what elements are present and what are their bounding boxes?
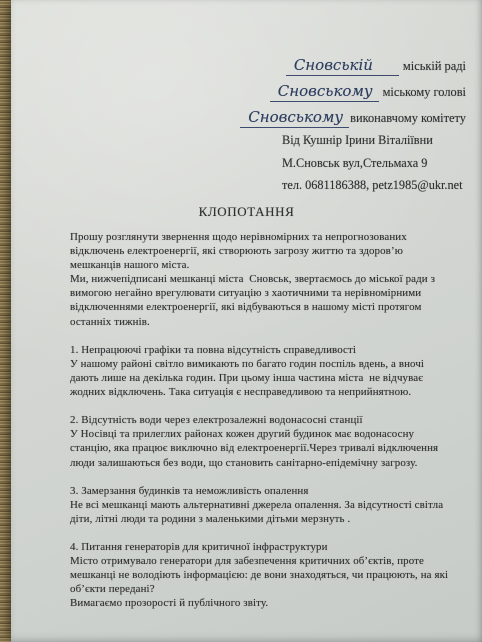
section-body: Не всі мешканці мають альтернативні джер…	[70, 498, 474, 526]
section-1: 1. Непрацюючі графіки та повна відсутніс…	[70, 343, 474, 399]
section-heading: 4. Питання генераторів для критичної інф…	[70, 540, 474, 554]
handwritten-city-name: Сновській	[286, 56, 399, 76]
section-heading: 3. Замерзання будинків та неможливість о…	[70, 484, 474, 498]
sender-address-line: М.Сновськ вул,Стельмаха 9	[282, 152, 463, 175]
recipient-line: Сновськомувиконавчому комітету	[240, 108, 466, 128]
intro-paragraph-2: Ми, нижчепідписані мешканці міста Сновсь…	[70, 272, 474, 328]
recipient-block: Сновськійміській раді Сновськомуміському…	[240, 56, 466, 134]
recipient-line: Сновськомуміському голові	[240, 82, 466, 102]
handwritten-city-name: Сновському	[270, 82, 379, 102]
recipient-role: міській раді	[403, 59, 466, 73]
sender-from-line: Від Кушнір Ірини Віталіївни	[282, 129, 463, 152]
section-heading: 1. Непрацюючі графіки та повна відсутніс…	[70, 343, 474, 357]
section-2: 2. Відсутність води через електрозалежні…	[70, 413, 474, 469]
section-body: У Носівці та прилеглих районах кожен дру…	[70, 427, 474, 469]
section-3: 3. Замерзання будинків та неможливість о…	[70, 484, 474, 526]
photo-of-document: Сновськійміській раді Сновськомуміському…	[0, 0, 482, 642]
intro-paragraph-1: Прошу розглянути звернення щодо нерівном…	[70, 230, 474, 272]
handwritten-city-name: Сновському	[240, 108, 349, 128]
sender-block: Від Кушнір Ірини Віталіївни М.Сновськ ву…	[282, 129, 463, 197]
section-body: У нашому районі світло вимикають по бага…	[70, 357, 474, 399]
recipient-role: міському голові	[383, 85, 466, 99]
paper-sheet: Сновськійміській раді Сновськомуміському…	[11, 0, 482, 642]
section-body: Місто отримувало генератори для забезпеч…	[70, 554, 474, 610]
sender-contact-line: тел. 0681186388, petz1985@ukr.net	[282, 174, 463, 197]
document-title: КЛОПОТАННЯ	[11, 204, 482, 220]
recipient-line: Сновськійміській раді	[240, 56, 466, 76]
recipient-role: виконавчому комітету	[350, 111, 466, 125]
document-body: Прошу розглянути звернення щодо нерівном…	[70, 230, 474, 611]
section-4: 4. Питання генераторів для критичної інф…	[70, 540, 474, 610]
section-heading: 2. Відсутність води через електрозалежні…	[70, 413, 474, 427]
